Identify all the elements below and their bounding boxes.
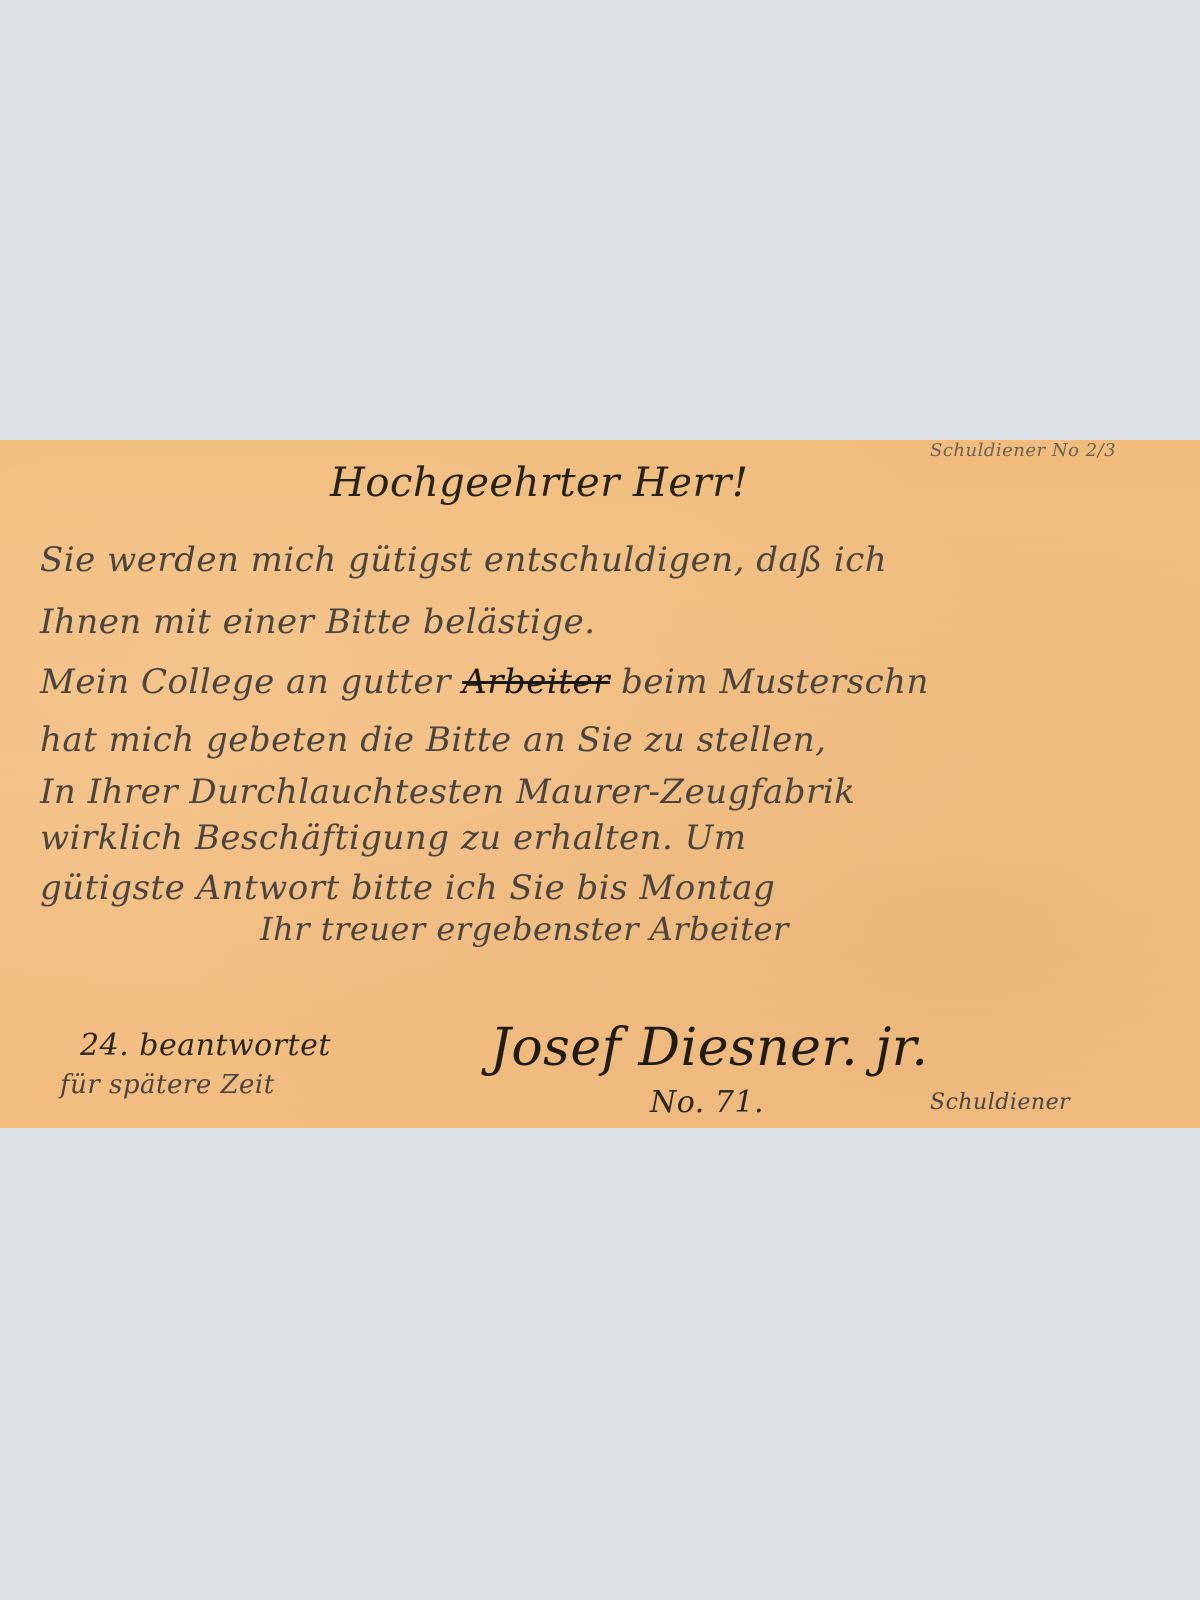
body-line-7: gütigste Antwort bitte ich Sie bis Monta… [40, 868, 775, 908]
closing: Ihr treuer ergebenster Arbeiter [260, 910, 789, 948]
number-annotation: No. 71. [650, 1085, 764, 1120]
postcard: Schuldiener No 2/3 Hochgeehrter Herr! Si… [0, 440, 1200, 1128]
body-line-6: wirklich Beschäftigung zu erhalten. Um [40, 818, 747, 858]
annotation-bottom-right: Schuldiener [930, 1090, 1070, 1115]
signature: Josef Diesner. jr. [490, 1018, 928, 1078]
archive-annotation-top-right: Schuldiener No 2/3 [930, 440, 1116, 461]
reply-note-line-2: für spätere Zeit [60, 1070, 275, 1100]
body-line-4: hat mich gebeten die Bitte an Sie zu ste… [40, 720, 826, 760]
body-line-5: In Ihrer Durchlauchtesten Maurer-Zeugfab… [40, 772, 855, 812]
reply-note-line-1: 24. beantwortet [80, 1028, 331, 1063]
struck-word: Arbeiter [462, 662, 610, 702]
body-line-3-text: Mein College an gutter Arbeiter beim Mus… [40, 662, 929, 702]
salutation: Hochgeehrter Herr! [330, 460, 748, 506]
body-line-1: Sie werden mich gütigst entschuldigen, d… [40, 540, 887, 580]
body-line-2: Ihnen mit einer Bitte belästige. [40, 602, 596, 642]
body-line-3: Mein College an gutter Arbeiter beim Mus… [40, 662, 929, 702]
